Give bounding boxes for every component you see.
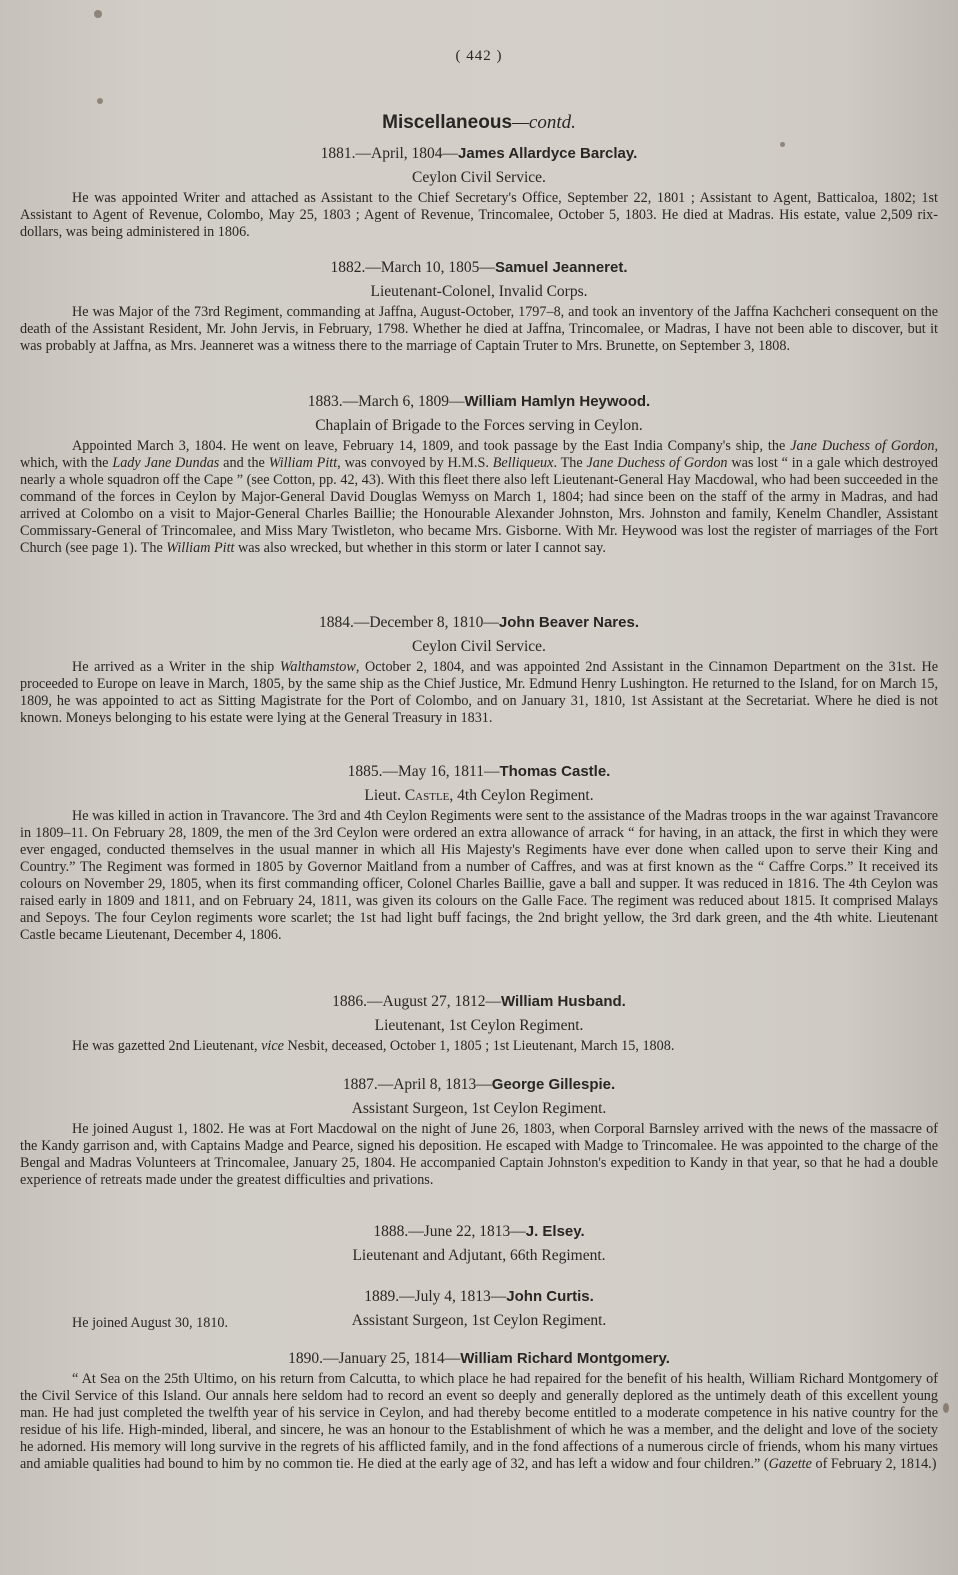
entry-name: Samuel Jeanneret. [495,259,628,276]
entry-subtitle: Lieutenant-Colonel, Invalid Corps. [20,280,938,304]
entry-subtitle: Ceylon Civil Service. [20,635,938,659]
entry-name: John Curtis. [506,1288,594,1305]
small-caps-name: Castle [405,787,450,804]
entry-1887: 1887.—April 8, 1813—George Gillespie.Ass… [20,1073,938,1189]
entry-date: —April 8, 1813— [378,1076,492,1093]
italic-title: Belliqueux [493,455,554,471]
entry-number: 1884. [319,614,354,631]
entry-date: —August 27, 1812— [367,993,501,1010]
entry-heading: 1883.—March 6, 1809—William Hamlyn Heywo… [20,390,938,414]
entry-date: —May 16, 1811— [383,763,500,780]
italic-title: Walthamstow [280,659,356,675]
stain [97,98,103,104]
entry-heading: 1885.—May 16, 1811—Thomas Castle. [20,760,938,784]
italic-title: Lady Jane Dundas [112,455,219,471]
entry-number: 1890. [288,1350,323,1367]
entry-heading: 1884.—December 8, 1810—John Beaver Nares… [20,611,938,635]
entry-body: He was appointed Writer and attached as … [20,190,938,241]
entry-subtitle: Assistant Surgeon, 1st Ceylon Regiment. [20,1097,938,1121]
entry-date: —December 8, 1810— [354,614,499,631]
entry-body: He was killed in action in Travancore. T… [20,808,938,944]
entry-name: J. Elsey. [526,1223,585,1240]
entry-heading: 1882.—March 10, 1805—Samuel Jeanneret. [20,256,938,280]
entry-number: 1889. [364,1288,399,1305]
italic-title: Gazette [769,1456,812,1472]
entry-1885: 1885.—May 16, 1811—Thomas Castle.Lieut. … [20,760,938,944]
entry-number: 1885. [348,763,383,780]
entry-number: 1887. [343,1076,378,1093]
entry-subtitle: Lieut. Castle, 4th Ceylon Regiment. [20,784,938,808]
entry-heading: 1881.—April, 1804—James Allardyce Barcla… [20,142,938,166]
entry-number: 1882. [330,259,365,276]
entry-date: —April, 1804— [356,145,458,162]
entry-1890: 1890.—January 25, 1814—William Richard M… [20,1347,938,1473]
entry-name: William Hamlyn Heywood. [464,393,650,410]
entry-heading: 1890.—January 25, 1814—William Richard M… [20,1347,938,1371]
page-number: ( 442 ) [0,48,958,65]
stain [94,10,102,18]
entry-name: William Richard Montgomery. [460,1350,670,1367]
entry-body: He was Major of the 73rd Regiment, comma… [20,304,938,355]
entry-subtitle: Chaplain of Brigade to the Forces servin… [20,414,938,438]
entry-subtitle: Ceylon Civil Service. [20,166,938,190]
entry-name: Thomas Castle. [499,763,610,780]
entry-body: “ At Sea on the 25th Ultimo, on his retu… [20,1371,938,1473]
entry-body: Appointed March 3, 1804. He went on leav… [20,438,938,557]
entry-name: James Allardyce Barclay. [458,145,637,162]
italic-title: William Pitt [166,540,234,556]
entry-1886: 1886.—August 27, 1812—William Husband.Li… [20,990,938,1055]
stain [943,1403,949,1413]
entry-number: 1888. [373,1223,408,1240]
entry-subtitle: Lieutenant, 1st Ceylon Regiment. [20,1014,938,1038]
entry-heading: 1888.—June 22, 1813—J. Elsey. [20,1220,938,1244]
entry-body: He was gazetted 2nd Lieutenant, vice Nes… [20,1038,938,1055]
entry-name: George Gillespie. [492,1076,615,1093]
entry-1883: 1883.—March 6, 1809—William Hamlyn Heywo… [20,390,938,557]
entry-number: 1883. [308,393,343,410]
entry-heading: 1887.—April 8, 1813—George Gillespie. [20,1073,938,1097]
entry-body: He arrived as a Writer in the ship Walth… [20,659,938,727]
entry-name: John Beaver Nares. [499,614,639,631]
italic-title: vice [261,1038,284,1054]
entry-number: 1881. [321,145,356,162]
entry-date: —January 25, 1814— [323,1350,460,1367]
entry-date: —July 4, 1813— [399,1288,506,1305]
entry-side-note: He joined August 30, 1810. [72,1315,228,1332]
entry-date: —March 6, 1809— [343,393,465,410]
entry-number: 1886. [332,993,367,1010]
entry-1889: 1889.—July 4, 1813—John Curtis.Assistant… [20,1285,938,1333]
entry-1888: 1888.—June 22, 1813—J. Elsey.Lieutenant … [20,1220,938,1268]
book-page: ( 442 ) Miscellaneous—contd. 1881.—April… [0,0,958,1575]
entry-1884: 1884.—December 8, 1810—John Beaver Nares… [20,611,938,727]
entry-date: —March 10, 1805— [365,259,495,276]
entry-name: William Husband. [501,993,626,1010]
italic-title: Jane Duchess of Gordon [586,455,727,471]
italic-title: Jane Duchess of Gordon [790,438,934,454]
italic-title: William Pitt [269,455,337,471]
entry-1881: 1881.—April, 1804—James Allardyce Barcla… [20,142,938,241]
entry-date: —June 22, 1813— [408,1223,526,1240]
section-title: Miscellaneous—contd. [0,112,958,134]
entry-body: He joined August 1, 1802. He was at Fort… [20,1121,938,1189]
entry-heading: 1889.—July 4, 1813—John Curtis. [20,1285,938,1309]
entry-heading: 1886.—August 27, 1812—William Husband. [20,990,938,1014]
entry-1882: 1882.—March 10, 1805—Samuel Jeanneret.Li… [20,256,938,355]
entry-subtitle: Lieutenant and Adjutant, 66th Regiment. [20,1244,938,1268]
